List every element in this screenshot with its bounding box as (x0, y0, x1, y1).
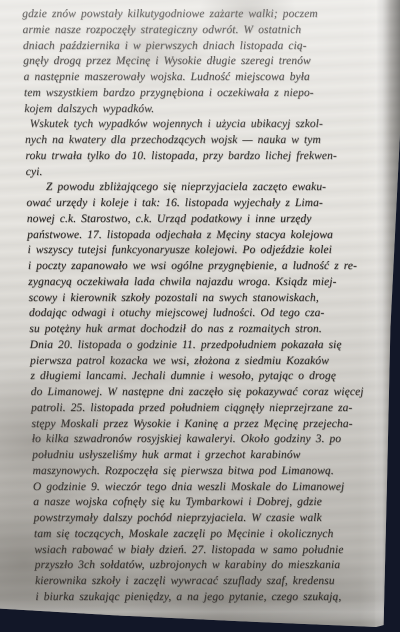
manuscript-line: su potężny huk armat dochodził do nas z … (29, 322, 400, 338)
manuscript-line: Dnia 20. listopada o godzinie 11. przedp… (30, 338, 400, 354)
manuscript-line: kojem dalszych wypadków. (24, 102, 400, 118)
manuscript-line: Z powodu zbliżającego się nieprzyjaciela… (26, 180, 400, 196)
manuscript-line: cyi. (26, 165, 400, 181)
manuscript-line: nowej c.k. Starostwo, c.k. Urząd podatko… (27, 212, 400, 228)
manuscript-line: scowy i kierownik szkoły pozostali na sw… (28, 291, 400, 307)
manuscript-line: i biurka szukając pieniędzy, a na jego p… (35, 590, 400, 606)
manuscript-line: z długiemi lancami. Jechali dumnie i wes… (30, 369, 400, 385)
manuscript-line: i poczty zapanowało we wsi ogólne przygn… (28, 259, 400, 275)
manuscript-line: a nasze wojska cofnęły się ku Tymbarkowi… (33, 495, 400, 511)
photo-background: gdzie znów powstały kilkutygodniowe zaża… (0, 0, 400, 632)
manuscript-line: gnęły drogą przez Męcinę i Wysokie długi… (23, 54, 399, 70)
manuscript-line: gdzie znów powstały kilkutygodniowe zaża… (22, 7, 398, 23)
manuscript-line: pierwsza patrol kozacka we wsi, złożona … (30, 354, 400, 370)
manuscript-line: ować urzędy i koleje i tak: 16. listopad… (26, 196, 400, 212)
manuscript-line: Wskutek tych wypadków wojennych i użycia… (25, 117, 400, 133)
manuscript-line: roku trwała tylko do 10. listopada, przy… (25, 149, 400, 165)
manuscript-line: południu usłyszeliśmy huk armat i grzech… (32, 448, 400, 464)
manuscript-line: kierownika szkoły i zaczęli wywracać szu… (35, 574, 400, 590)
manuscript-line: zygnacyą oczekiwała lada chwila najazdu … (28, 275, 400, 291)
manuscript-line: dniach października i w pierwszych dniac… (23, 39, 399, 55)
manuscript-line: tem wszystkiem bardzo przygnębiona i ocz… (24, 86, 400, 102)
manuscript-line: dodając odwagi i otuchy miejscowej ludno… (29, 306, 400, 322)
manuscript-line: O godzinie 9. wieczór tego dnia weszli M… (33, 480, 400, 496)
manuscript-page: gdzie znów powstały kilkutygodniowe zaża… (0, 0, 400, 632)
manuscript-line: armie nasze rozpoczęły strategiczny odwr… (22, 23, 398, 39)
manuscript-line: wsiach rabować w biały dzień. 27. listop… (34, 543, 400, 559)
manuscript-line: nych na kwatery dla przechodzących wojsk… (25, 133, 400, 149)
manuscript-line: do Limanowej. W następne dni zaczęło się… (31, 385, 400, 401)
manuscript-line: i wszyscy tutejsi funkcyonaryusze kolejo… (27, 243, 400, 259)
manuscript-line: przyszło 3ch sołdatów, uzbrojonych w kar… (35, 558, 400, 574)
manuscript-line: stępy Moskali przez Wysokie i Kaninę a p… (31, 417, 400, 433)
manuscript-line: powstrzymały dalszy pochód nieprzyjaciel… (33, 511, 400, 527)
manuscript-line: patroli. 25. listopada przed południem c… (31, 401, 400, 417)
manuscript-line: a następnie maszerowały wojska. Ludność … (23, 70, 399, 86)
manuscript-text: gdzie znów powstały kilkutygodniowe zaża… (22, 7, 400, 606)
manuscript-line: ło kilka szwadronów rosyjskiej kawaleryi… (32, 432, 400, 448)
manuscript-line: tam się toczących, Moskale zaczęli po Mę… (34, 527, 400, 543)
manuscript-line: maszynowych. Rozpoczęła się pierwsza bit… (32, 464, 400, 480)
manuscript-line: państwowe. 17. listopada odjechała z Męc… (27, 228, 400, 244)
